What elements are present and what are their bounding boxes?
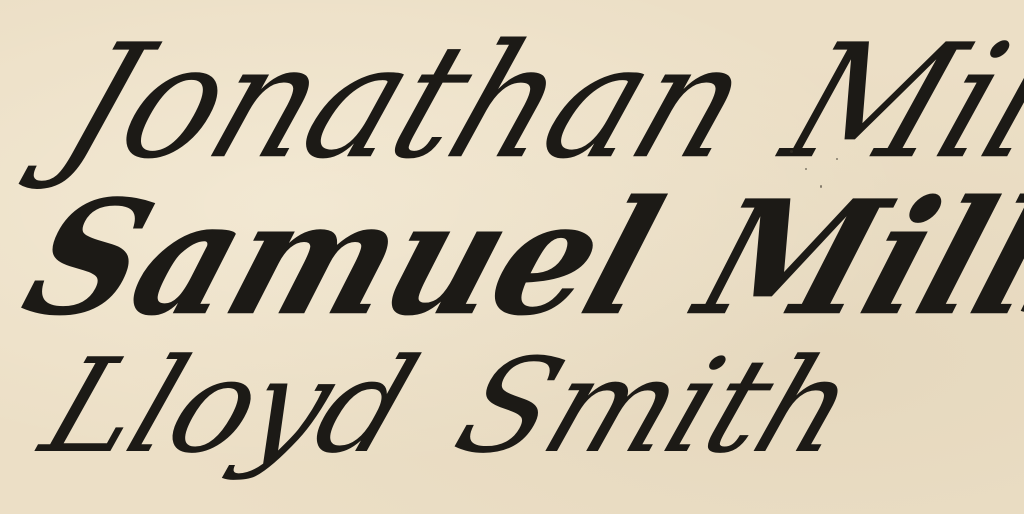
signature-first-name: Samuel <box>5 166 679 351</box>
signature-first-name: Lloyd <box>25 330 433 482</box>
signature-lloyd-smith: LloydSmith <box>25 330 933 482</box>
ink-speck <box>820 185 822 188</box>
ink-speck <box>836 158 838 160</box>
ink-speck <box>805 168 807 170</box>
signature-last-name: Smith <box>438 330 873 482</box>
signature-samuel-mills: SamuelMills <box>5 166 1024 351</box>
document-page: (illegible, cut off) JonathanMills Samue… <box>0 0 1024 514</box>
signature-last-name: Mills <box>679 166 1024 351</box>
ink-speck <box>790 150 793 153</box>
